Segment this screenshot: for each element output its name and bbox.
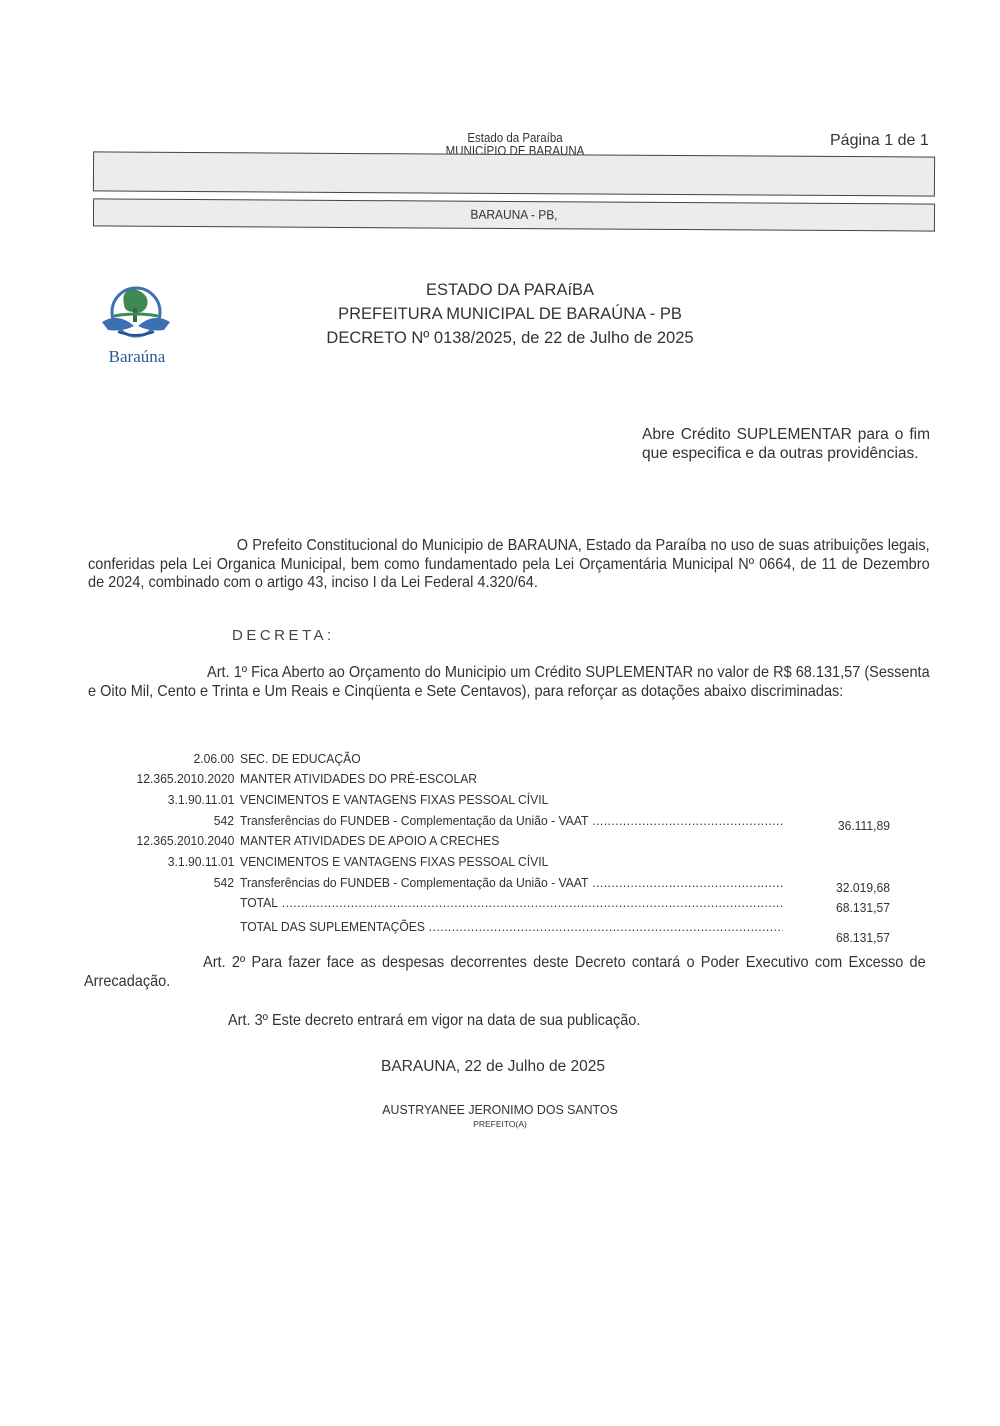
signature-place-date: BARAUNA, 22 de Julho de 2025 — [381, 1058, 605, 1076]
row-code: 12.365.2010.2020 — [136, 770, 234, 788]
header-location-bar: BARAUNA - PB, — [93, 198, 935, 231]
article-3: Art. 3º Este decreto entrará em vigor na… — [228, 1012, 879, 1031]
row-code: 542 — [214, 874, 234, 892]
table-row: TOTAL DAS SUPLEMENTAÇÕES ...............… — [0, 918, 900, 936]
table-row: TOTAL ..................................… — [0, 894, 900, 912]
row-description: MANTER ATIVIDADES DE APOIO A CRECHES — [240, 832, 499, 850]
title-prefeitura: PREFEITURA MUNICIPAL DE BARAÚNA - PB — [300, 302, 720, 326]
budget-table: 2.06.00SEC. DE EDUCAÇÃO12.365.2010.2020M… — [0, 750, 1000, 950]
table-row: 542Transferências do FUNDEB - Complement… — [0, 812, 900, 830]
table-row: 12.365.2010.2040MANTER ATIVIDADES DE APO… — [0, 832, 900, 850]
row-description: TOTAL DAS SUPLEMENTAÇÕES ...............… — [240, 918, 783, 936]
row-description: Transferências do FUNDEB - Complementaçã… — [240, 812, 783, 830]
preamble-text: O Prefeito Constitucional do Municipio d… — [88, 537, 930, 591]
row-description: VENCIMENTOS E VANTAGENS FIXAS PESSOAL CÍ… — [240, 791, 548, 809]
signature-name: AUSTRYANEE JERONIMO DOS SANTOS — [348, 1102, 652, 1117]
dot-leader: ........................................… — [278, 895, 783, 910]
row-code: 3.1.90.11.01 — [167, 853, 234, 871]
preamble: O Prefeito Constitucional do Municipio d… — [88, 537, 930, 593]
logo-text: Baraúna — [98, 347, 176, 367]
table-row: 3.1.90.11.01VENCIMENTOS E VANTAGENS FIXA… — [0, 853, 900, 871]
header-blank-bar — [93, 151, 935, 196]
article-1: Art. 1º Fica Aberto ao Orçamento do Muni… — [88, 664, 930, 701]
row-code: 2.06.00 — [194, 750, 234, 768]
table-row: 2.06.00SEC. DE EDUCAÇÃO — [0, 750, 900, 768]
row-description: VENCIMENTOS E VANTAGENS FIXAS PESSOAL CÍ… — [240, 853, 548, 871]
article-1-text: Art. 1º Fica Aberto ao Orçamento do Muni… — [88, 664, 930, 700]
table-row: 3.1.90.11.01VENCIMENTOS E VANTAGENS FIXA… — [0, 791, 900, 809]
municipality-logo: Baraúna — [98, 282, 176, 364]
row-code: 3.1.90.11.01 — [167, 791, 234, 809]
row-description: MANTER ATIVIDADES DO PRÉ-ESCOLAR — [240, 770, 477, 788]
row-description: TOTAL ..................................… — [240, 894, 783, 912]
article-2-text: Art. 2º Para fazer face as despesas deco… — [84, 954, 926, 990]
dot-leader: ........................................… — [425, 919, 783, 934]
table-row: 542Transferências do FUNDEB - Complement… — [0, 874, 900, 892]
row-value: 68.131,57 — [798, 929, 890, 947]
title-decree-number: DECRETO Nº 0138/2025, de 22 de Julho de … — [250, 326, 770, 350]
table-row: 12.365.2010.2020MANTER ATIVIDADES DO PRÉ… — [0, 770, 900, 788]
dot-leader: ........................................… — [588, 875, 782, 890]
header-location: BARAUNA - PB, — [128, 205, 901, 225]
title-state: ESTADO DA PARAíBA — [300, 278, 720, 302]
row-code: 542 — [214, 812, 234, 830]
row-description: Transferências do FUNDEB - Complementaçã… — [240, 874, 783, 892]
row-code: 12.365.2010.2040 — [136, 832, 234, 850]
row-value: 68.131,57 — [798, 899, 890, 917]
decree-summary: Abre Crédito SUPLEMENTAR para o fim que … — [642, 425, 930, 463]
dot-leader: ........................................… — [588, 813, 782, 828]
decreta-heading: DECRETA: — [232, 627, 335, 644]
signature-role: PREFEITO(A) — [340, 1119, 660, 1129]
page-indicator: Página 1 de 1 — [830, 132, 929, 150]
article-2: Art. 2º Para fazer face as despesas deco… — [84, 954, 926, 991]
logo-emblem-icon — [98, 282, 176, 344]
row-description: SEC. DE EDUCAÇÃO — [240, 750, 361, 768]
